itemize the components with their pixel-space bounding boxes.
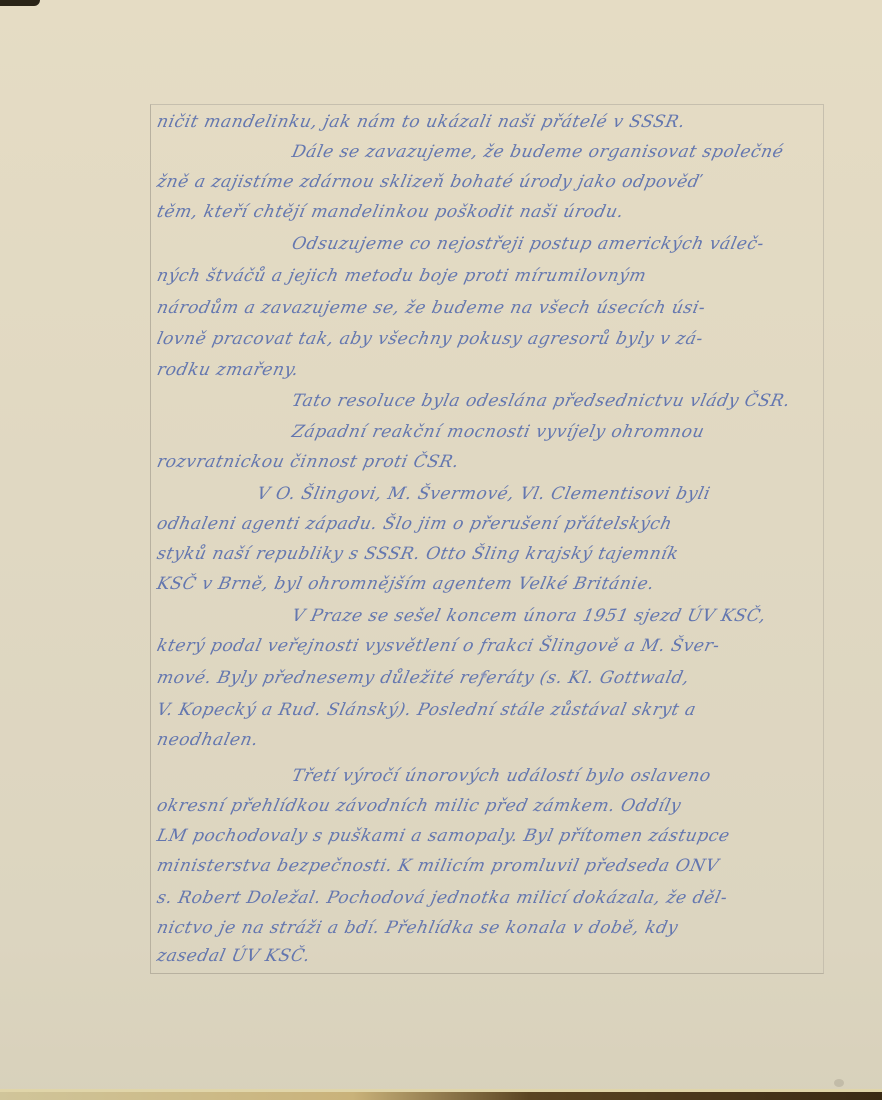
notebook-page: ničit mandelinku, jak nám to ukázali naš… xyxy=(0,0,882,1100)
text-line: Západní reakční mocnosti vyvíjely ohromn… xyxy=(290,422,706,442)
text-line: lovně pracovat tak, aby všechny pokusy a… xyxy=(155,329,705,349)
text-line: rodku zmařeny. xyxy=(155,360,301,380)
paper-stain xyxy=(834,1079,844,1087)
text-line: V. Kopecký a Rud. Slánský). Poslední stá… xyxy=(155,700,698,720)
text-line: zasedal ÚV KSČ. xyxy=(155,946,312,966)
text-line: okresní přehlídkou závodních milic před … xyxy=(155,796,683,816)
text-line: neodhalen. xyxy=(155,730,260,750)
text-line: národům a zavazujeme se, že budeme na vš… xyxy=(155,298,707,318)
binding-edge-top xyxy=(0,0,40,6)
text-line: styků naší republiky s SSSR. Otto Šling … xyxy=(155,544,680,564)
ink-blot xyxy=(481,672,487,678)
text-line: mové. Byly přednesemy důležité referáty … xyxy=(155,668,691,688)
text-line: ných štváčů a jejich metodu boje proti m… xyxy=(155,266,648,286)
binding-edge-bottom xyxy=(0,1092,882,1100)
text-line: odhaleni agenti západu. Šlo jim o přeruš… xyxy=(155,514,674,534)
text-line: s. Robert Doležal. Pochodová jednotka mi… xyxy=(155,888,729,908)
text-line: LM pochodovaly s puškami a samopaly. Byl… xyxy=(155,826,732,846)
text-line: nictvo je na stráži a bdí. Přehlídka se … xyxy=(155,918,680,938)
text-line: ničit mandelinku, jak nám to ukázali naš… xyxy=(155,112,687,132)
text-line: KSČ v Brně, byl ohromnějším agentem Velk… xyxy=(155,574,656,594)
text-line: těm, kteří chtějí mandelinkou poškodit n… xyxy=(155,202,626,222)
text-line: rozvratnickou činnost proti ČSR. xyxy=(155,452,461,472)
text-line: žně a zajistíme zdárnou sklizeň bohaté ú… xyxy=(155,172,701,192)
text-line: Dále se zavazujeme, že budeme organisova… xyxy=(290,142,786,162)
text-line: který podal veřejnosti vysvětlení o frak… xyxy=(155,636,722,656)
text-line: Třetí výročí únorových událostí bylo osl… xyxy=(290,766,713,786)
text-line: Odsuzujeme co nejostřeji postup americký… xyxy=(290,234,766,254)
text-line: Tato resoluce byla odeslána předsednictv… xyxy=(290,391,792,411)
text-line: V O. Šlingovi, M. Švermové, Vl. Clementi… xyxy=(255,484,712,504)
text-line: V Praze se sešel koncem února 1951 sjezd… xyxy=(290,606,768,626)
text-line: ministerstva bezpečnosti. K milicím prom… xyxy=(155,856,721,876)
